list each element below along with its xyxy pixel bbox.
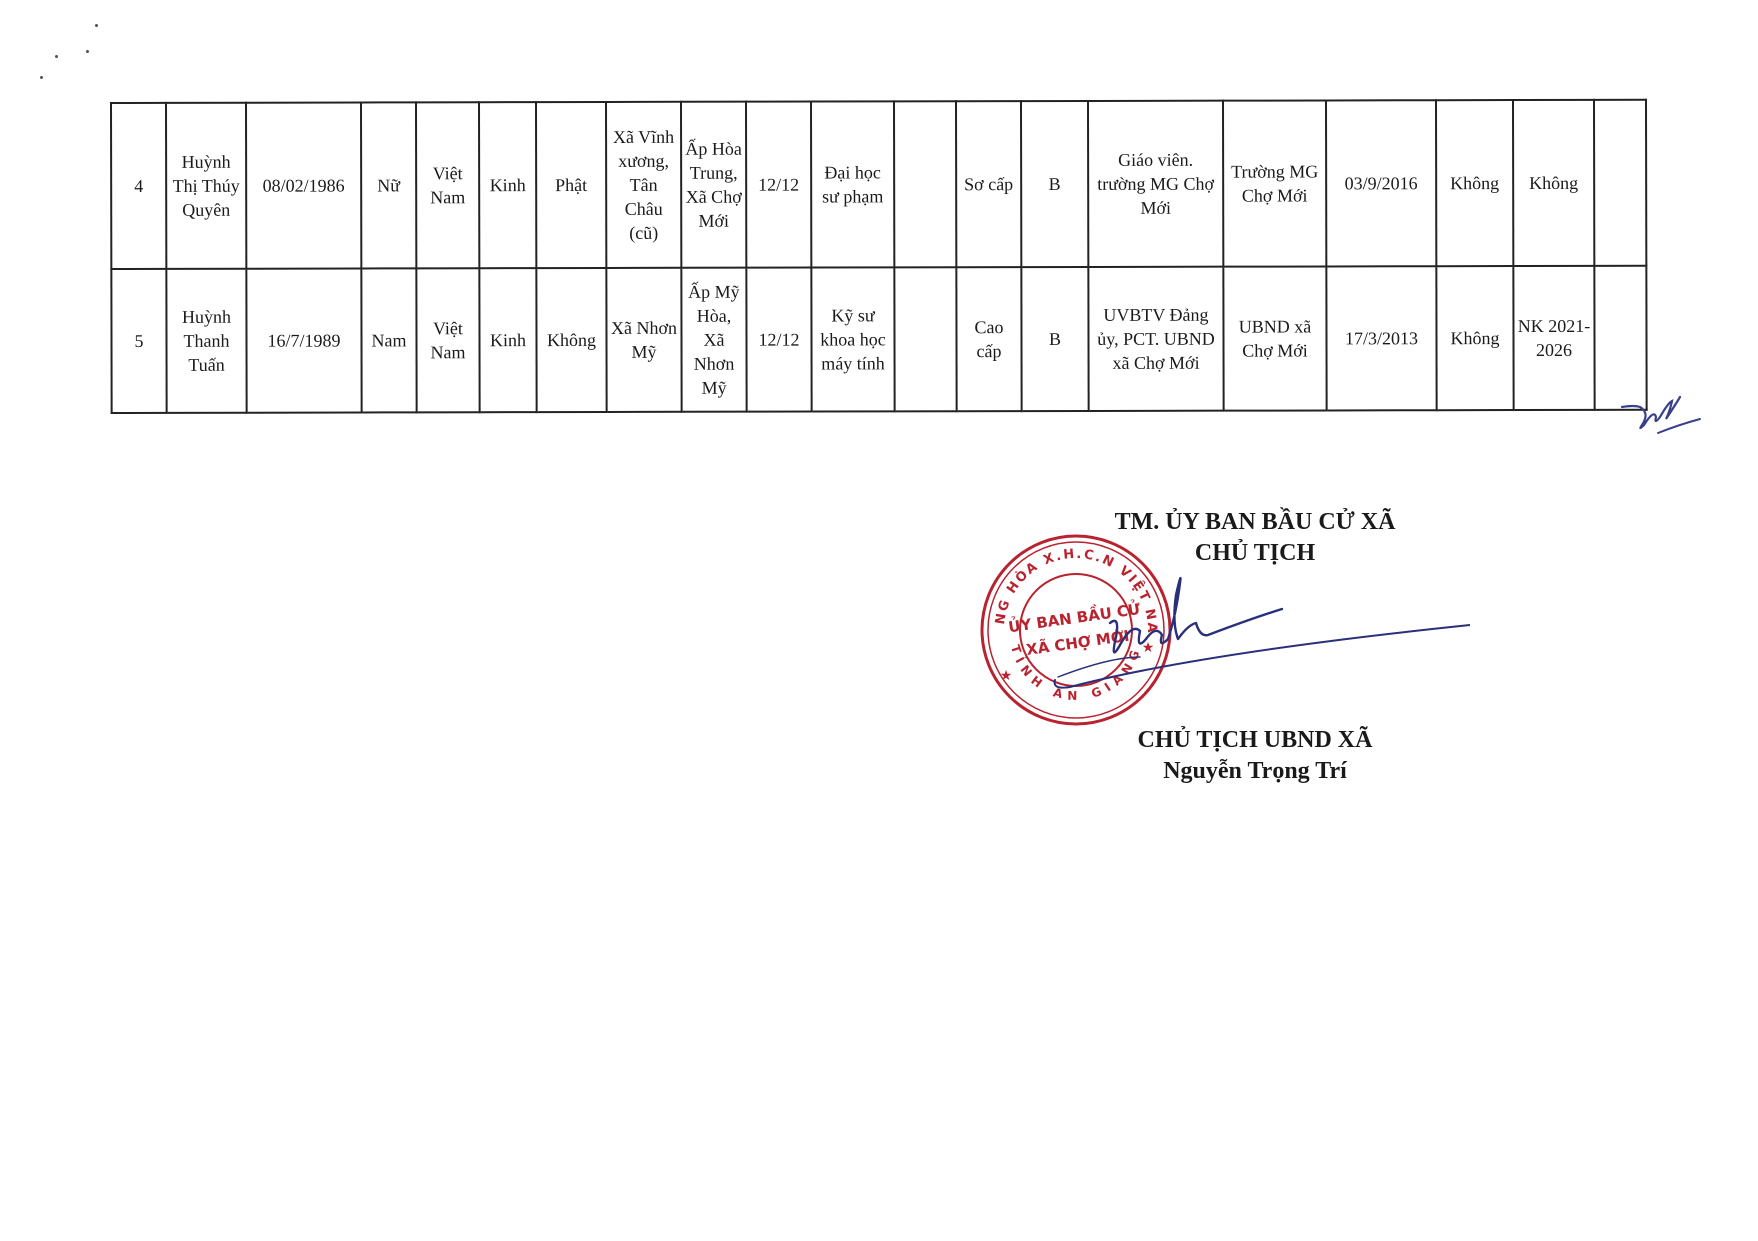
cell-general-education: 12/12 <box>746 268 811 412</box>
cell-stt: 4 <box>111 103 166 269</box>
cell-council-delegate: Không <box>1513 100 1594 266</box>
signer-name: Nguyễn Trọng Trí <box>1030 755 1480 787</box>
cell-name: Huỳnh Thanh Tuấn <box>166 269 246 413</box>
cell-academic-title <box>894 267 956 411</box>
table-row: 4 Huỳnh Thị Thúy Quyên 08/02/1986 Nữ Việ… <box>111 100 1646 269</box>
cell-residence: Ấp Hòa Trung, Xã Chợ Mới <box>681 102 746 268</box>
scan-speck <box>85 49 89 53</box>
cell-workplace: UBND xã Chợ Mới <box>1223 266 1326 410</box>
cell-foreign-language: B <box>1021 101 1088 267</box>
signature-org-line: TM. ỦY BAN BẦU CỬ XÃ <box>1030 506 1480 538</box>
cell-residence: Ấp Mỹ Hòa, Xã Nhơn Mỹ <box>681 268 746 412</box>
cell-religion: Phật <box>536 102 606 268</box>
cell-gender: Nữ <box>361 102 416 268</box>
cell-npa-delegate: Không <box>1436 100 1513 266</box>
cell-name: Huỳnh Thị Thúy Quyên <box>166 103 246 269</box>
cell-political-theory: Sơ cấp <box>956 101 1021 267</box>
cell-professional-degree: Đại học sư phạm <box>811 101 894 267</box>
cell-dob: 16/7/1989 <box>246 268 361 412</box>
cell-gender: Nam <box>361 268 416 412</box>
cell-academic-title <box>894 101 956 267</box>
cell-party-join-date: 03/9/2016 <box>1326 100 1436 266</box>
cell-council-delegate: NK 2021-2026 <box>1513 266 1594 410</box>
cell-workplace: Trường MG Chợ Mới <box>1223 100 1326 266</box>
cell-npa-delegate: Không <box>1436 266 1513 410</box>
cell-nationality: Việt Nam <box>416 268 479 412</box>
cell-position: UVBTV Đảng ủy, PCT. UBND xã Chợ Mới <box>1088 267 1223 411</box>
cell-stt: 5 <box>111 269 166 413</box>
cell-ethnicity: Kinh <box>479 102 536 268</box>
star-icon: ★ <box>1000 669 1013 684</box>
table-row: 5 Huỳnh Thanh Tuấn 16/7/1989 Nam Việt Na… <box>111 266 1646 413</box>
cell-party-join-date: 17/3/2013 <box>1326 266 1436 410</box>
cell-dob: 08/02/1986 <box>246 102 361 268</box>
signature-role-line: CHỦ TỊCH UBND XÃ <box>1030 724 1480 756</box>
handwritten-signature <box>1050 565 1470 725</box>
cell-note <box>1594 266 1646 410</box>
cell-hometown: Xã Nhơn Mỹ <box>606 268 681 412</box>
cell-foreign-language: B <box>1021 267 1088 411</box>
cell-professional-degree: Kỹ sư khoa học máy tính <box>811 267 894 411</box>
cell-hometown: Xã Vĩnh xương, Tân Châu (cũ) <box>606 102 681 268</box>
scan-speck <box>39 75 43 79</box>
cell-general-education: 12/12 <box>746 102 811 268</box>
cell-position: Giáo viên. trường MG Chợ Mới <box>1088 101 1223 267</box>
candidate-table: 4 Huỳnh Thị Thúy Quyên 08/02/1986 Nữ Việ… <box>110 99 1648 414</box>
scan-speck <box>54 54 58 58</box>
cell-ethnicity: Kinh <box>479 268 536 412</box>
cell-political-theory: Cao cấp <box>956 267 1021 411</box>
cell-nationality: Việt Nam <box>416 102 479 268</box>
cell-note <box>1594 100 1646 266</box>
cell-religion: Không <box>536 268 606 412</box>
scan-speck <box>94 23 98 27</box>
initials-signature <box>1620 395 1710 455</box>
